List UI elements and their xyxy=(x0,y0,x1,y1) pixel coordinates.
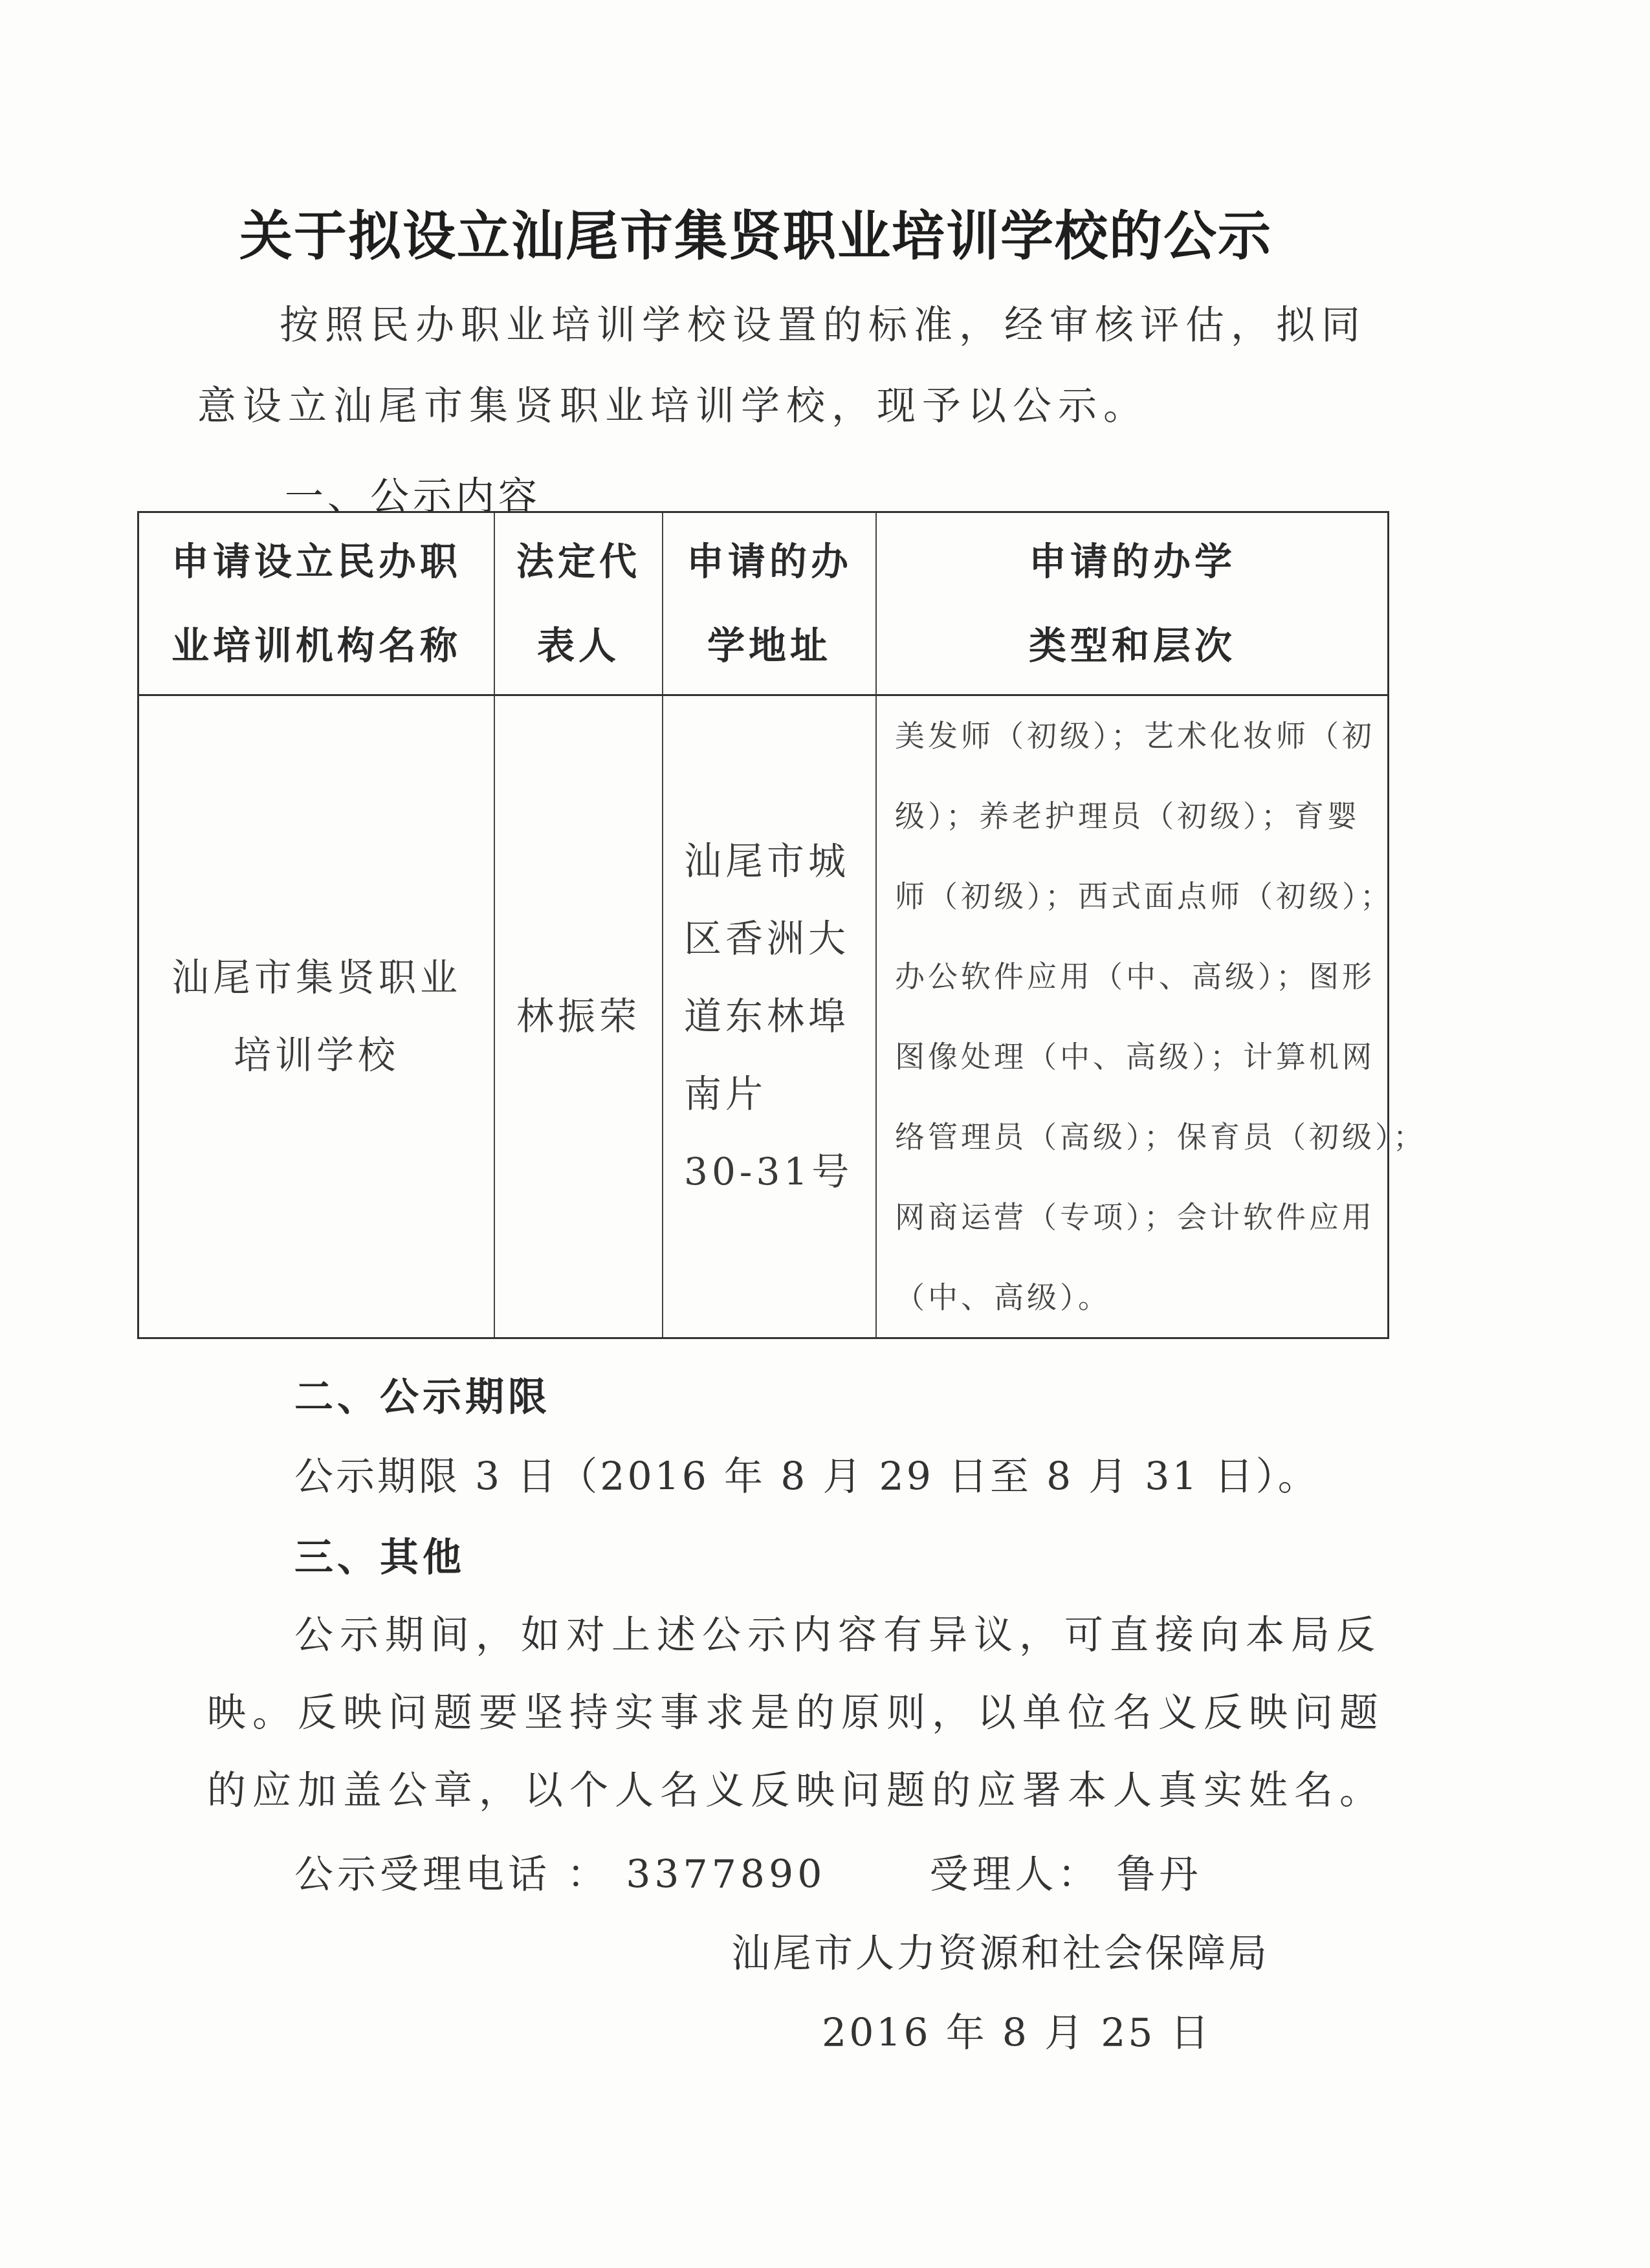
handler-name: 鲁丹 xyxy=(1117,1852,1202,1897)
table-cell-legal-rep: 林振荣 xyxy=(495,696,662,1336)
contact-line: 公示受理电话 ： 3377890 受理人： 鲁丹 xyxy=(294,1844,1202,1899)
table-cell-types-levels: 美发师（初级）；艺术化妆师（初 级）；养老护理员（初级）；育婴 师（初级）；西式… xyxy=(877,696,1388,1336)
section-2-text: 公示期限 3 日（2016 年 8 月 29 日至 8 月 31 日）。 xyxy=(294,1446,1319,1501)
table-cell-address: 汕尾市城 区香洲大 道东林埠 南片 30-31号 xyxy=(663,696,875,1336)
table-header-legal-rep: 法定代 表人 xyxy=(495,513,662,694)
table-cell-institution-name: 汕尾市集贤职业 培训学校 xyxy=(139,696,494,1336)
section-3-heading: 三、其他 xyxy=(294,1527,465,1582)
table-header-institution-name: 申请设立民办职 业培训机构名称 xyxy=(139,513,494,694)
intro-line-1: 按照民办职业培训学校设置的标准，经审核评估，拟同 xyxy=(280,294,1367,350)
table-header-types-levels: 申请的办学 类型和层次 xyxy=(877,513,1388,694)
phone-number: 3377890 xyxy=(626,1852,826,1897)
table-header-address: 申请的办 学地址 xyxy=(663,513,875,694)
types-levels-list: 美发师（初级）；艺术化妆师（初 级）；养老护理员（初级）；育婴 师（初级）；西式… xyxy=(877,695,1438,1337)
phone-label: 公示受理电话 ： xyxy=(294,1852,610,1897)
intro-line-2: 意设立汕尾市集贤职业培训学校，现予以公示。 xyxy=(197,375,1149,431)
handler-label: 受理人： xyxy=(930,1852,1101,1897)
section-3-line-3: 的应加盖公章，以个人名义反映问题的应署本人真实姓名。 xyxy=(207,1760,1385,1815)
section-2-heading: 二、公示期限 xyxy=(294,1366,551,1422)
section-3-line-2: 映。反映问题要坚持实事求是的原则，以单位名义反映问题 xyxy=(207,1682,1385,1738)
issuer-name: 汕尾市人力资源和社会保障局 xyxy=(731,1923,1270,1978)
document-title: 关于拟设立汕尾市集贤职业培训学校的公示 xyxy=(239,194,1272,270)
notice-table: 申请设立民办职 业培训机构名称 法定代 表人 申请的办 学地址 申请的办学 类型… xyxy=(137,511,1389,1339)
section-3-line-1: 公示期间，如对上述公示内容有异议，可直接向本局反 xyxy=(294,1604,1381,1660)
issue-date: 2016 年 8 月 25 日 xyxy=(822,2002,1212,2058)
